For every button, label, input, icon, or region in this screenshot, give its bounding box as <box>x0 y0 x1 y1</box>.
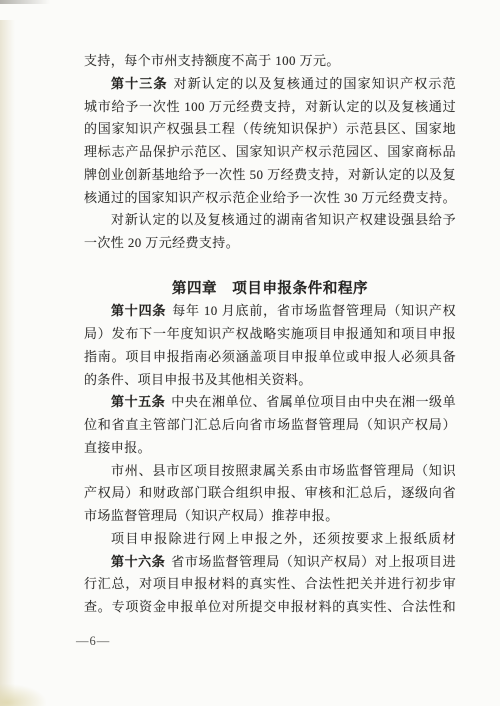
body-line-text: 每年 10 月底前，省市场监督管理局（知识产权 <box>172 303 456 318</box>
page-number: —6— <box>76 634 110 649</box>
scan-smudge-bottom <box>0 684 46 706</box>
body-line: 一次性 20 万元经费支持。 <box>84 232 456 255</box>
paper-edge-artifact <box>0 20 15 706</box>
body-line: 局）发布下一年度知识产权战略实施项目申报通知和项目申报 <box>84 323 456 346</box>
document-body: 支持，每个市州支持额度不高于 100 万元。 第十三条对新认定的以及复核通过的国… <box>84 50 456 619</box>
body-line: 项目申报除进行网上申报之外，还须按要求上报纸质材料。 <box>84 528 456 551</box>
body-line: 直接申报。 <box>84 437 456 460</box>
body-line: 指南。项目申报指南必须涵盖项目申报单位或申报人必须具备 <box>84 346 456 369</box>
article-label: 第十五条 <box>111 394 165 409</box>
body-line: 市场监督管理局（知识产权局）推荐申报。 <box>84 505 456 528</box>
body-line: 产权局）和财政部门联合组织申报、审核和汇总后，逐级向省 <box>84 482 456 505</box>
body-line: 理标志产品保护示范区、国家知识产权示范园区、国家商标品 <box>84 141 456 164</box>
scan-smudge-top <box>0 0 50 4</box>
body-line: 城市给予一次性 100 万元经费支持，对新认定的以及复核通过 <box>84 96 456 119</box>
blank-line <box>84 255 456 278</box>
article-label: 第十三条 <box>111 76 168 91</box>
body-line-text: 中央在湘单位、省属单位项目由中央在湘一级单 <box>171 394 456 409</box>
body-line: 第十五条中央在湘单位、省属单位项目由中央在湘一级单 <box>84 391 456 414</box>
body-line: 第十六条省市场监督管理局（知识产权局）对上报项目进 <box>84 551 456 574</box>
body-line: 的条件、项目申报书及其他相关资料。 <box>84 369 456 392</box>
body-line: 查。专项资金申报单位对所提交申报材料的真实性、合法性和 <box>84 596 456 619</box>
body-line: 支持，每个市州支持额度不高于 100 万元。 <box>84 50 456 73</box>
article-label: 第十四条 <box>111 303 166 318</box>
body-line-text: 省市场监督管理局（知识产权局）对上报项目进 <box>171 554 456 569</box>
body-line: 第十四条每年 10 月底前，省市场监督管理局（知识产权 <box>84 300 456 323</box>
chapter-heading: 第四章 项目申报条件和程序 <box>84 278 456 301</box>
body-line: 对新认定的以及复核通过的湖南省知识产权建设强县给予 <box>84 209 456 232</box>
body-line-text: 对新认定的以及复核通过的国家知识产权示范 <box>174 76 456 91</box>
body-line: 行汇总，对项目申报材料的真实性、合法性把关并进行初步审 <box>84 573 456 596</box>
body-line: 牌创业创新基地给予一次性 50 万经费支持，对新认定的以及复 <box>84 164 456 187</box>
body-line: 市州、县市区项目按照隶属关系由市场监督管理局（知识 <box>84 460 456 483</box>
body-line: 的国家知识产权强县工程（传统知识保护）示范县区、国家地 <box>84 118 456 141</box>
body-line: 第十三条对新认定的以及复核通过的国家知识产权示范 <box>84 73 456 96</box>
body-line: 核通过的国家知识产权示范企业给予一次性 30 万元经费支持。 <box>84 187 456 210</box>
body-line: 位和省直主管部门汇总后向省市场监督管理局（知识产权局） <box>84 414 456 437</box>
article-label: 第十六条 <box>111 554 165 569</box>
document-page: 支持，每个市州支持额度不高于 100 万元。 第十三条对新认定的以及复核通过的国… <box>0 0 500 706</box>
